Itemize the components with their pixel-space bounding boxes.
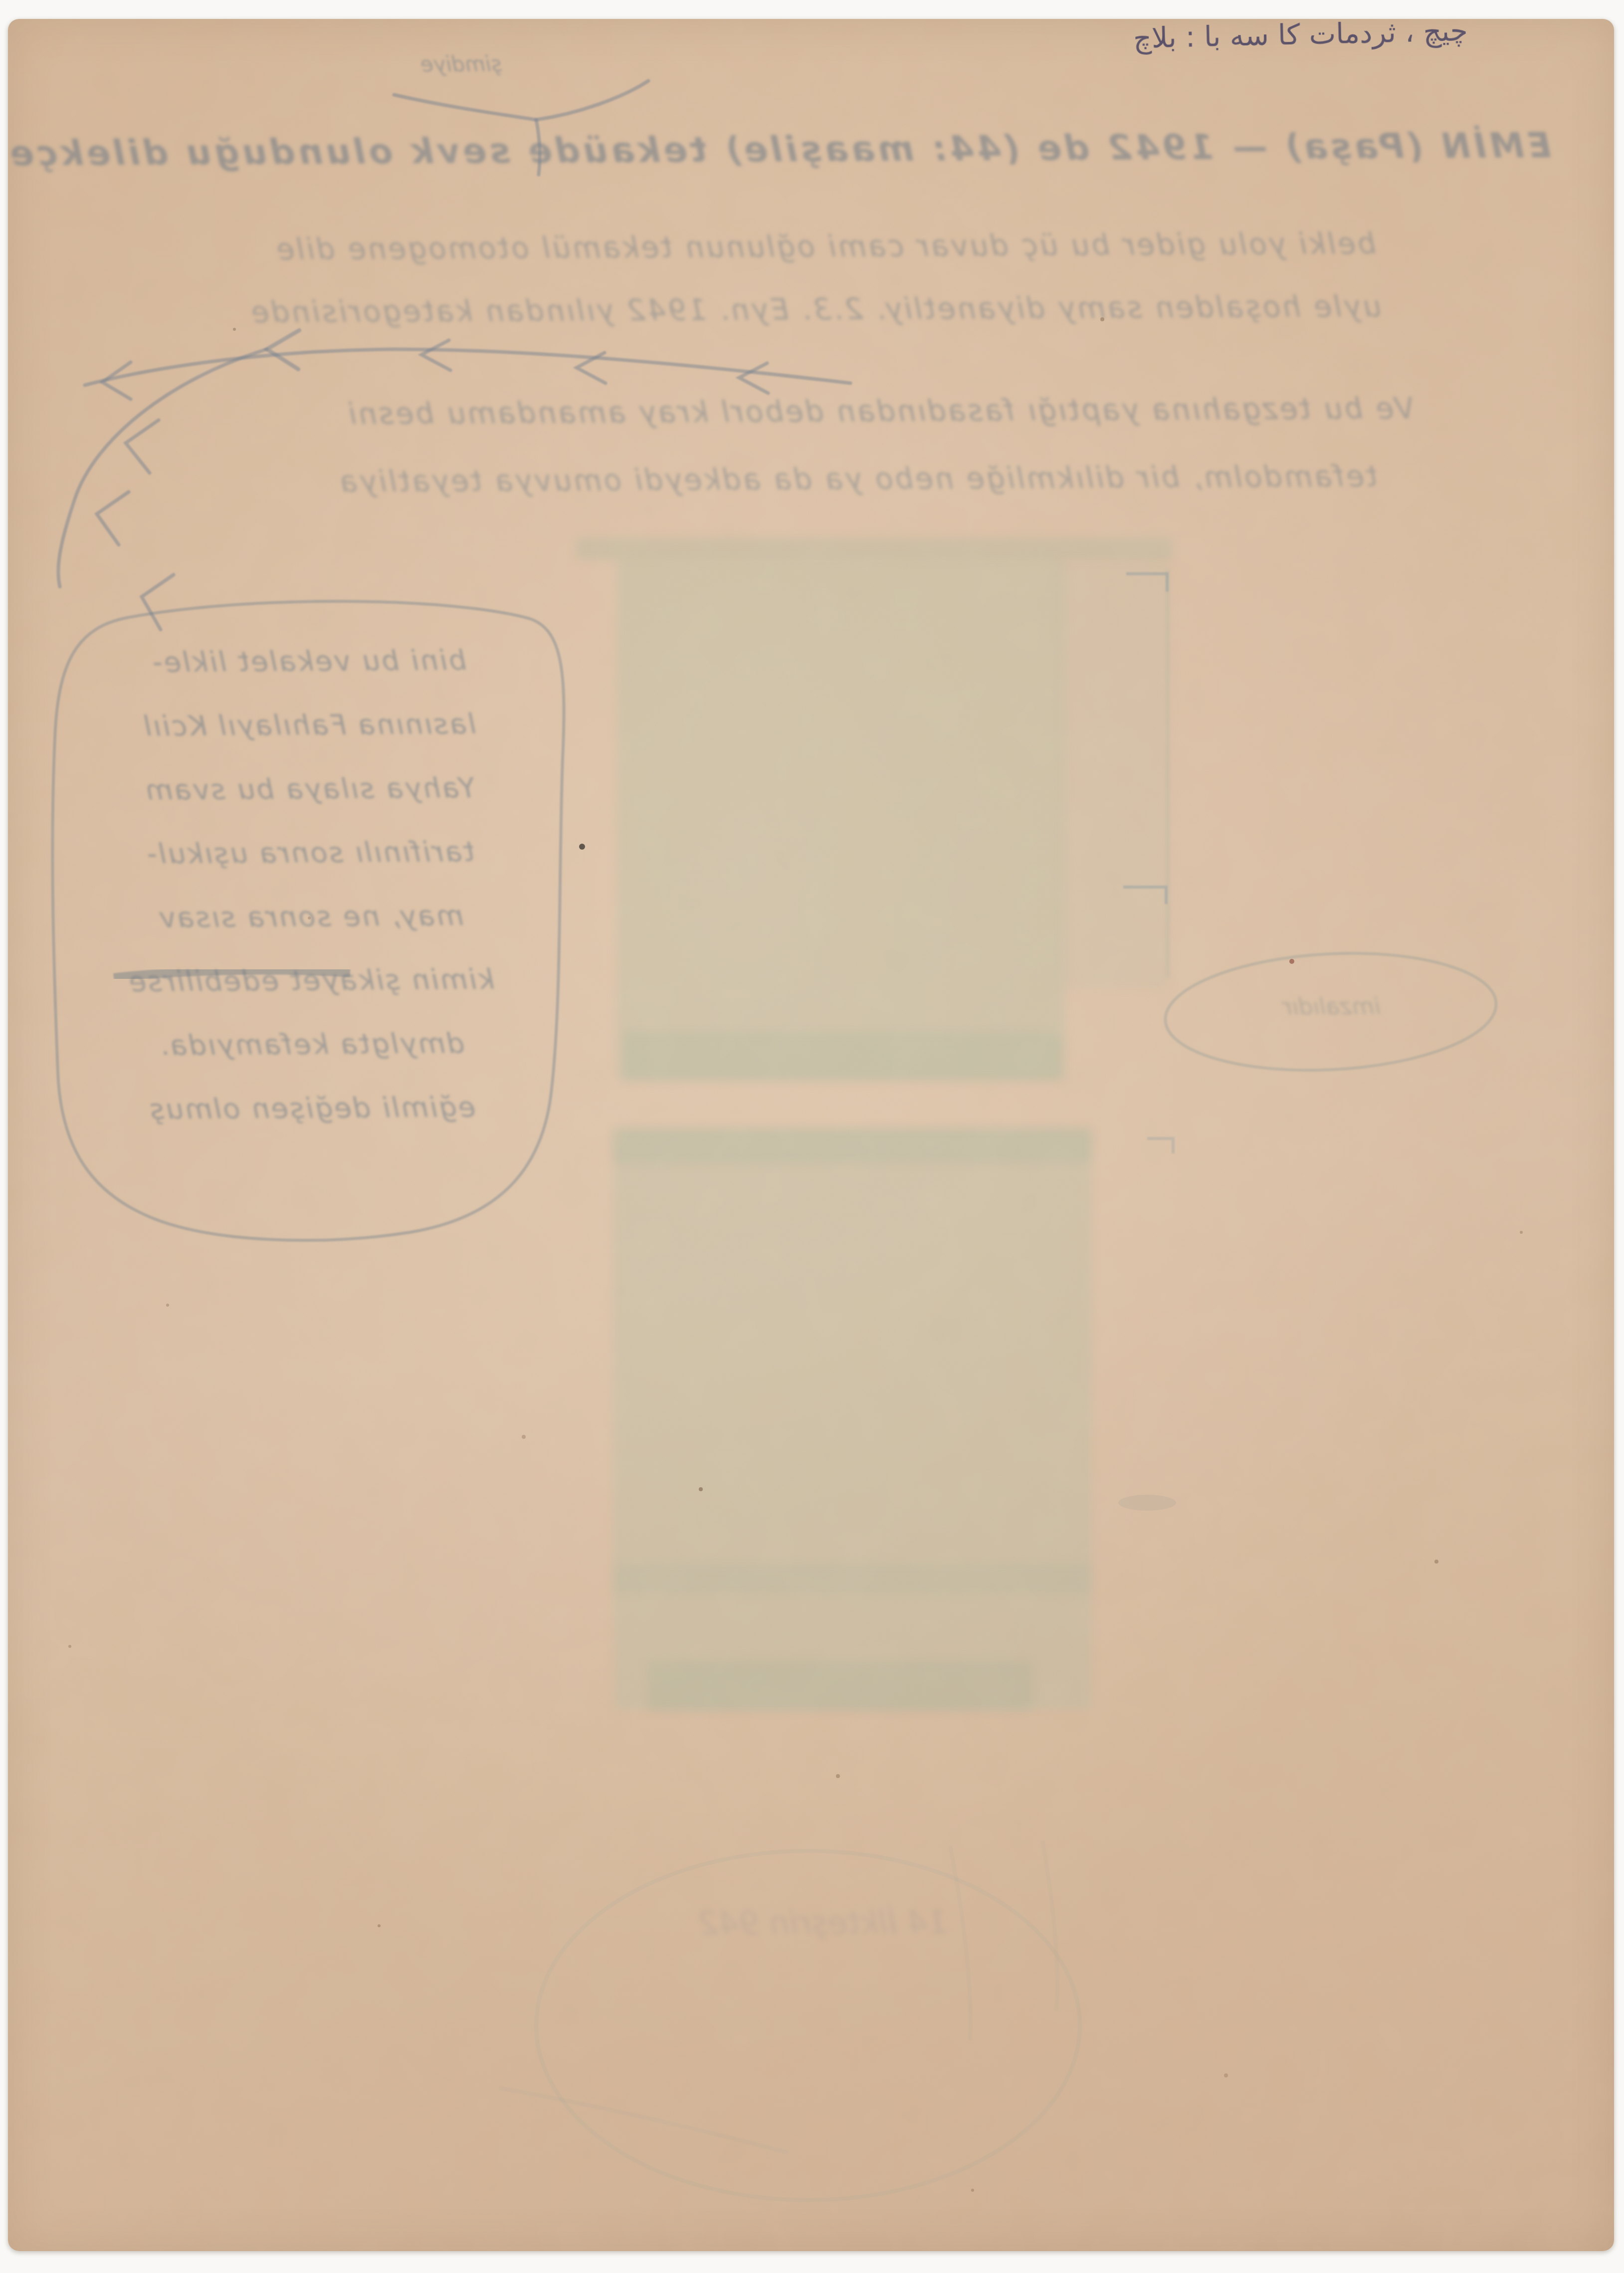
scanned-document: şimdiye EMİN (Paşa) — 1942 de (44: maaşi… (0, 0, 1624, 2273)
paper-texture (8, 19, 1614, 2251)
